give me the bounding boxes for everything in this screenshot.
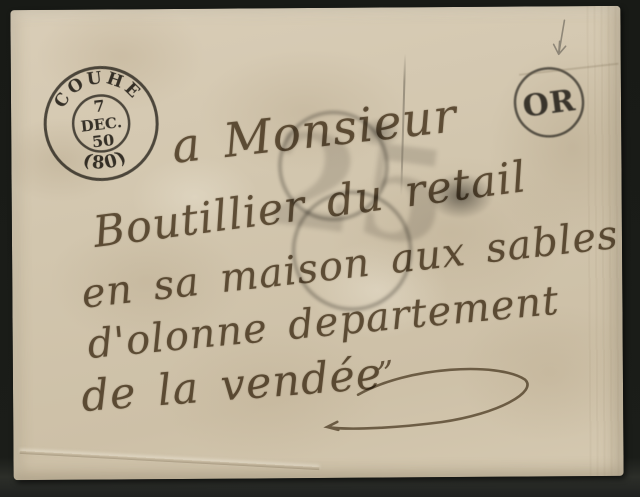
or-stamp-text: OR	[521, 83, 578, 125]
cds-day-text: 7	[93, 96, 106, 116]
ink-smudge	[357, 117, 401, 147]
photo-background: COUHE (80) 7 DEC. 50 OR 25 a Monsieur Bo…	[0, 0, 640, 497]
signature-flourish-stroke	[303, 351, 539, 443]
bottom-left-crease	[20, 451, 320, 470]
cds-year-text: 50	[91, 130, 115, 151]
couhe-datestamp: COUHE (80) 7 DEC. 50	[29, 52, 173, 196]
letter-paper: COUHE (80) 7 DEC. 50 OR 25 a Monsieur Bo…	[10, 6, 623, 480]
ink-smudge	[428, 173, 494, 219]
pencil-arrow-icon	[546, 16, 576, 64]
